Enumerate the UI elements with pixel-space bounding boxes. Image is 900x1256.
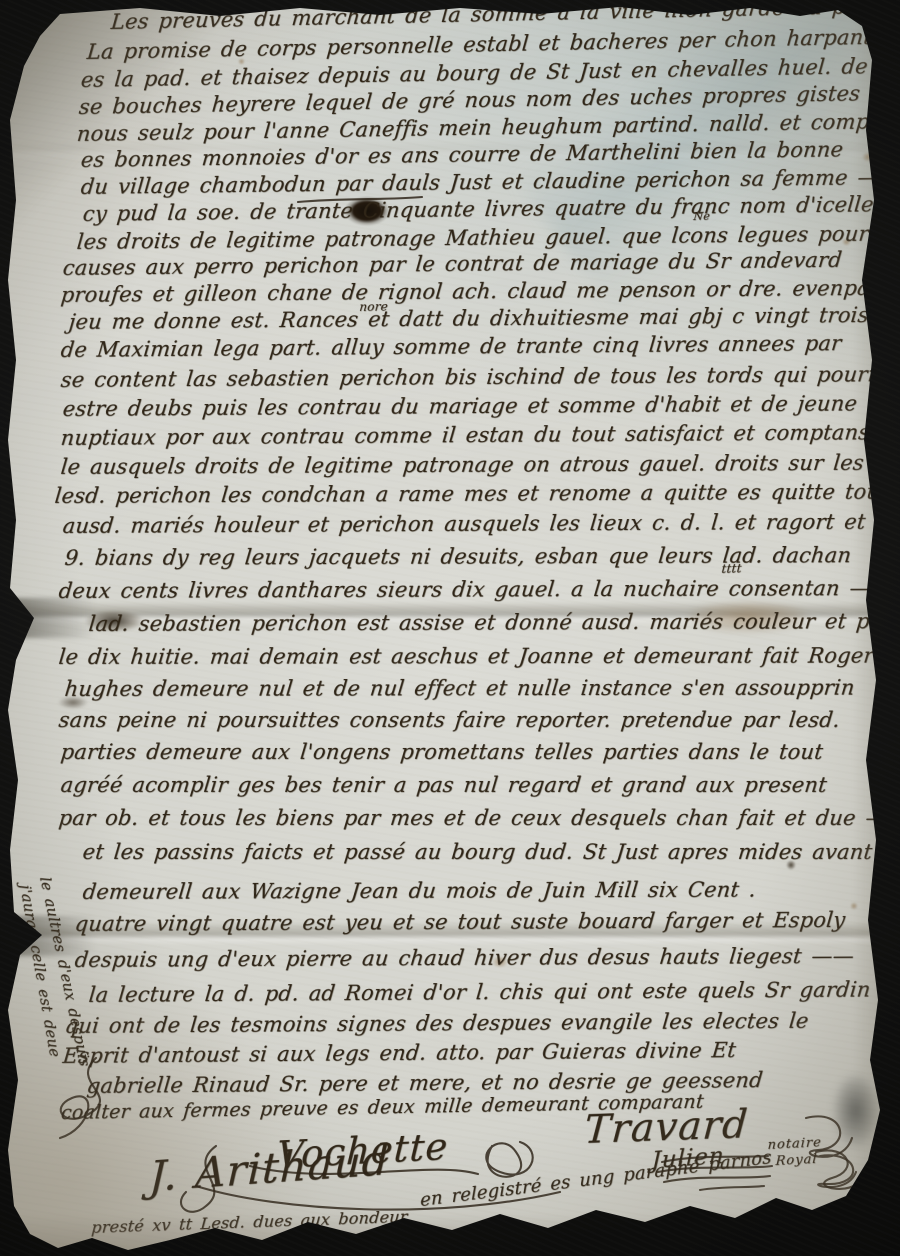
paper-vignette	[0, 0, 900, 1256]
manuscript-photo: Les preuves du marchant de la somme a la…	[0, 0, 900, 1256]
paper-sheet: Les preuves du marchant de la somme a la…	[0, 0, 900, 1256]
